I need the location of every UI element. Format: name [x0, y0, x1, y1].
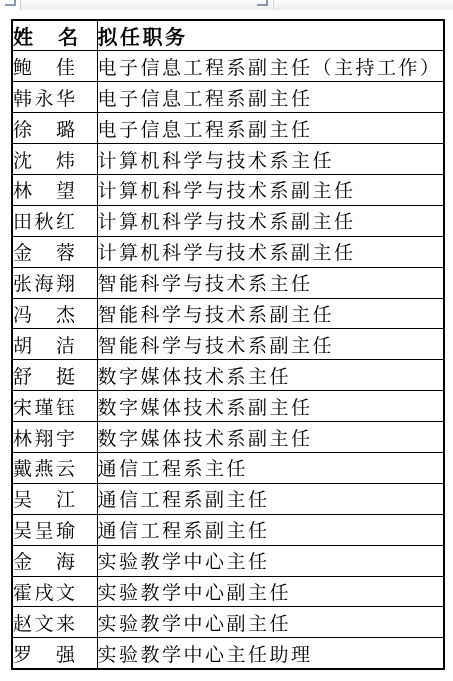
toolbar-divider — [273, 0, 274, 10]
position-cell: 智能科学与技术系副主任 — [97, 298, 444, 329]
header-position: 拟任职务 — [97, 20, 444, 51]
name-cell: 宋瑾钰 — [12, 391, 97, 422]
position-cell: 电子信息工程系副主任 — [97, 113, 444, 144]
name-cell: 徐 璐 — [12, 113, 97, 144]
name-cell: 金 海 — [12, 545, 97, 576]
name-cell: 韩永华 — [12, 82, 97, 113]
table-row: 宋瑾钰 数字媒体技术系副主任 — [12, 391, 444, 422]
table-row: 金 蓉 计算机科学与技术系副主任 — [12, 236, 444, 267]
table-row: 金 海 实验教学中心主任 — [12, 545, 444, 576]
toolbar-divider — [20, 0, 21, 10]
document-page: 姓 名 拟任职务 鲍 佳 电子信息工程系副主任（主持工作） 韩永华 电子信息工程… — [0, 0, 453, 681]
table-row: 罗 强 实验教学中心主任助理 — [12, 638, 444, 669]
name-cell: 舒 挺 — [12, 360, 97, 391]
position-cell: 数字媒体技术系副主任 — [97, 422, 444, 453]
name-cell: 戴燕云 — [12, 452, 97, 483]
position-cell: 实验教学中心主任 — [97, 545, 444, 576]
name-cell: 霍戌文 — [12, 576, 97, 607]
table-row: 赵文来 实验教学中心副主任 — [12, 607, 444, 638]
table-row: 林 望 计算机科学与技术系副主任 — [12, 174, 444, 205]
table-row: 胡 洁 智能科学与技术系副主任 — [12, 329, 444, 360]
table-row: 田秋红 计算机科学与技术系副主任 — [12, 205, 444, 236]
combobox-corner-icon — [5, 0, 16, 6]
table-row: 韩永华 电子信息工程系副主任 — [12, 82, 444, 113]
appointment-table: 姓 名 拟任职务 鲍 佳 电子信息工程系副主任（主持工作） 韩永华 电子信息工程… — [11, 19, 445, 670]
position-cell: 实验教学中心副主任 — [97, 607, 444, 638]
table-body: 鲍 佳 电子信息工程系副主任（主持工作） 韩永华 电子信息工程系副主任 徐 璐 … — [12, 51, 444, 669]
position-cell: 电子信息工程系副主任（主持工作） — [97, 51, 444, 82]
name-cell: 张海翔 — [12, 267, 97, 298]
name-cell: 吴 江 — [12, 483, 97, 514]
table-row: 吴呈瑜 通信工程系副主任 — [12, 514, 444, 545]
name-cell: 胡 洁 — [12, 329, 97, 360]
name-cell: 林翔宇 — [12, 422, 97, 453]
position-cell: 智能科学与技术系副主任 — [97, 329, 444, 360]
name-cell: 沈 炜 — [12, 144, 97, 175]
position-cell: 实验教学中心副主任 — [97, 576, 444, 607]
table-row: 吴 江 通信工程系副主任 — [12, 483, 444, 514]
position-cell: 数字媒体技术系主任 — [97, 360, 444, 391]
position-cell: 通信工程系主任 — [97, 452, 444, 483]
table-row: 霍戌文 实验教学中心副主任 — [12, 576, 444, 607]
position-cell: 计算机科学与技术系副主任 — [97, 236, 444, 267]
table-row: 徐 璐 电子信息工程系副主任 — [12, 113, 444, 144]
position-cell: 数字媒体技术系副主任 — [97, 391, 444, 422]
position-cell: 计算机科学与技术系副主任 — [97, 174, 444, 205]
position-cell: 计算机科学与技术系副主任 — [97, 205, 444, 236]
position-cell: 通信工程系副主任 — [97, 514, 444, 545]
name-cell: 罗 强 — [12, 638, 97, 669]
position-cell: 实验教学中心主任助理 — [97, 638, 444, 669]
combobox-corner-icon — [257, 0, 268, 6]
table-row: 戴燕云 通信工程系主任 — [12, 452, 444, 483]
position-cell: 通信工程系副主任 — [97, 483, 444, 514]
table-row: 冯 杰 智能科学与技术系副主任 — [12, 298, 444, 329]
name-cell: 林 望 — [12, 174, 97, 205]
header-name: 姓 名 — [12, 20, 97, 51]
position-cell: 智能科学与技术系主任 — [97, 267, 444, 298]
position-cell: 电子信息工程系副主任 — [97, 82, 444, 113]
table-row: 沈 炜 计算机科学与技术系主任 — [12, 144, 444, 175]
position-cell: 计算机科学与技术系主任 — [97, 144, 444, 175]
name-cell: 鲍 佳 — [12, 51, 97, 82]
table-row: 林翔宇 数字媒体技术系副主任 — [12, 422, 444, 453]
table-row: 舒 挺 数字媒体技术系主任 — [12, 360, 444, 391]
toolbar-panel-fragment — [21, 0, 272, 10]
name-cell: 赵文来 — [12, 607, 97, 638]
toolbar-remnant-strip — [0, 0, 453, 10]
name-cell: 冯 杰 — [12, 298, 97, 329]
name-cell: 田秋红 — [12, 205, 97, 236]
table-header-row: 姓 名 拟任职务 — [12, 20, 444, 51]
table-row: 鲍 佳 电子信息工程系副主任（主持工作） — [12, 51, 444, 82]
table-row: 张海翔 智能科学与技术系主任 — [12, 267, 444, 298]
name-cell: 金 蓉 — [12, 236, 97, 267]
name-cell: 吴呈瑜 — [12, 514, 97, 545]
toolbar-panel-fragment — [274, 0, 453, 10]
